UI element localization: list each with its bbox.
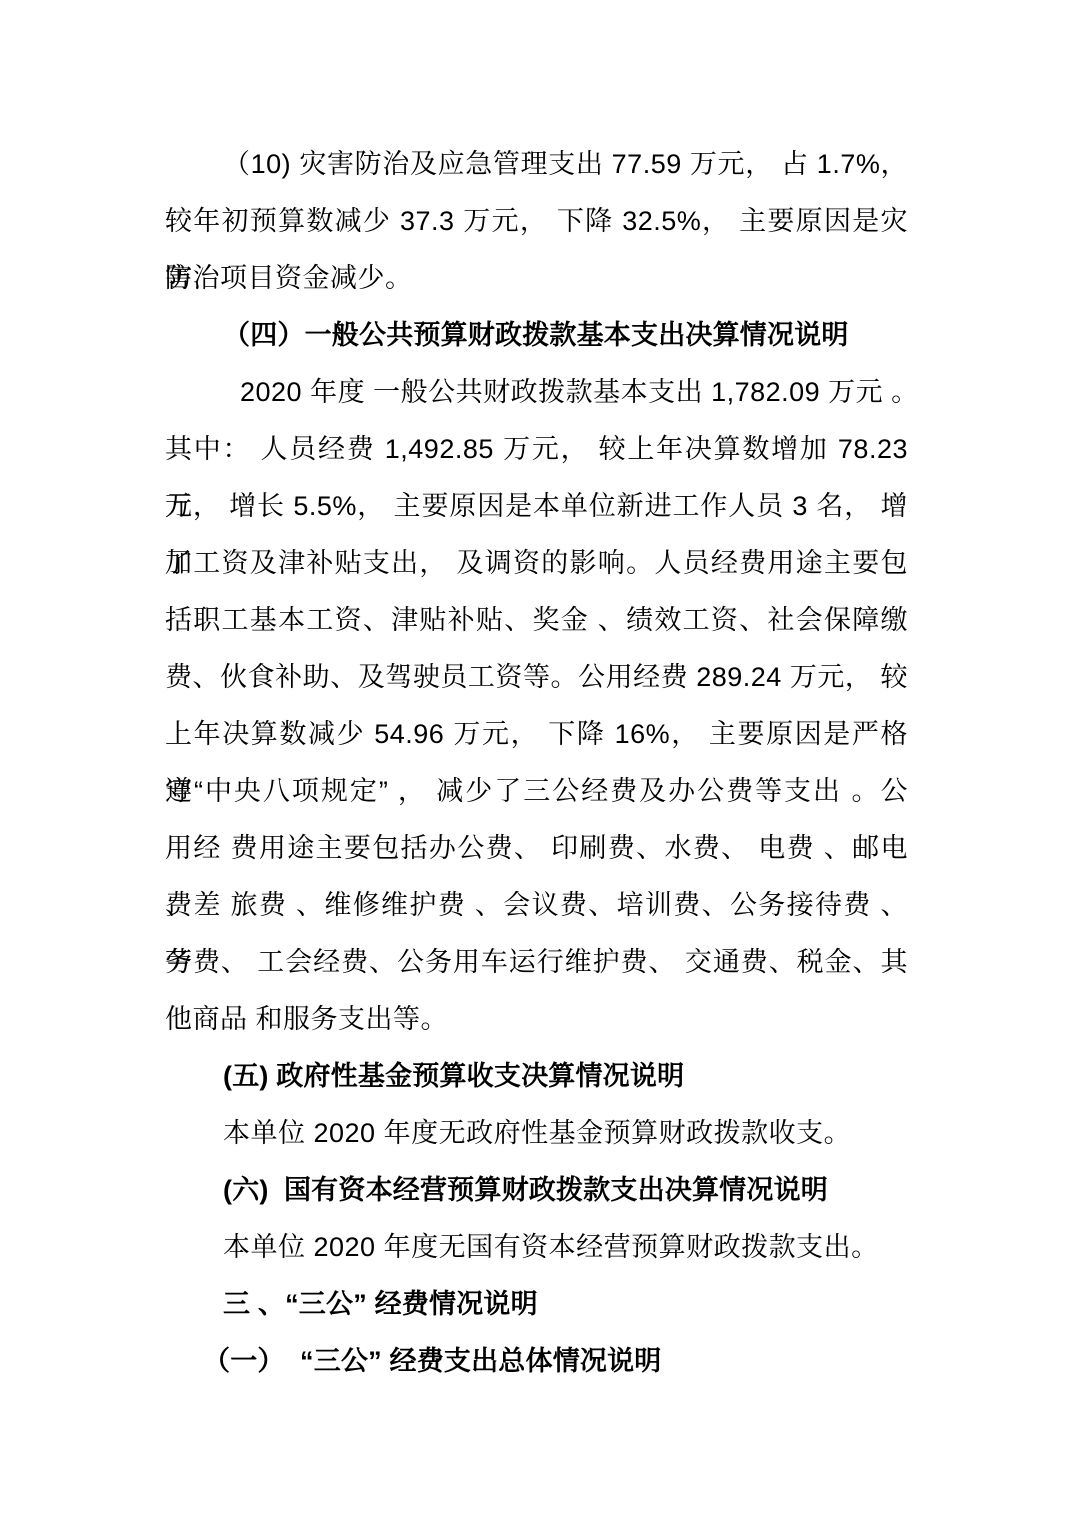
body-line: 较年初预算数减少 37.3 万元， 下降 32.5%， 主要原因是灾害 [165, 193, 908, 250]
body-line: 他商品 和服务支出等。 [165, 991, 908, 1048]
body-line: 上年决算数减少 54.96 万元， 下降 16%， 主要原因是严格遵 [165, 706, 908, 763]
body-line: 费、伙食补助、及驾驶员工资等。公用经费 289.24 万元， 较 [165, 649, 908, 706]
body-line: 括职工基本工资、津贴补贴、奖金 、绩效工资、社会保障缴 [165, 592, 908, 649]
body-line: 防治项目资金减少。 [165, 250, 908, 307]
body-line: 了工资及津补贴支出， 及调资的影响。人员经费用途主要包 [165, 535, 908, 592]
body-line: 其中： 人员经费 1,492.85 万元， 较上年决算数增加 78.23 万 [165, 421, 908, 478]
body-line: 用经 费用途主要包括办公费、 印刷费、水费、 电费 、邮电费 [165, 820, 908, 877]
body-line: 守“中央八项规定” ， 减少了三公经费及办公费等支出 。公 [165, 763, 908, 820]
document-page: （10) 灾害防治及应急管理支出 77.59 万元， 占 1.7%，较年初预算数… [0, 0, 1074, 1520]
heading-section-6: (六) 国有资本经营预算财政拨款支出决算情况说明 [165, 1162, 908, 1219]
heading-section-5: (五) 政府性基金预算收支决算情况说明 [165, 1048, 908, 1105]
body-line: 本单位 2020 年度无政府性基金预算财政拨款收支。 [165, 1105, 908, 1162]
heading-section-4: （四）一般公共预算财政拨款基本支出决算情况说明 [165, 307, 908, 364]
body-line: 2020 年度 一般公共财政拨款基本支出 1,782.09 万元 。 [165, 364, 908, 421]
body-line: 、差 旅费 、维修维护费 、会议费、培训费、公务接待费 、劳 [165, 877, 908, 934]
body-line: 本单位 2020 年度无国有资本经营预算财政拨款支出。 [165, 1219, 908, 1276]
heading-part-3: 三 、“三公” 经费情况说明 [165, 1276, 908, 1333]
text-block: （10) 灾害防治及应急管理支出 77.59 万元， 占 1.7%，较年初预算数… [165, 136, 908, 1390]
body-line: 务费、 工会经费、公务用车运行维护费、 交通费、税金、其 [165, 934, 908, 991]
heading-subsection-1: （一） “三公” 经费支出总体情况说明 [165, 1333, 908, 1390]
body-line: （10) 灾害防治及应急管理支出 77.59 万元， 占 1.7%， [165, 136, 908, 193]
body-line: 元， 增长 5.5%， 主要原因是本单位新进工作人员 3 名， 增加 [165, 478, 908, 535]
